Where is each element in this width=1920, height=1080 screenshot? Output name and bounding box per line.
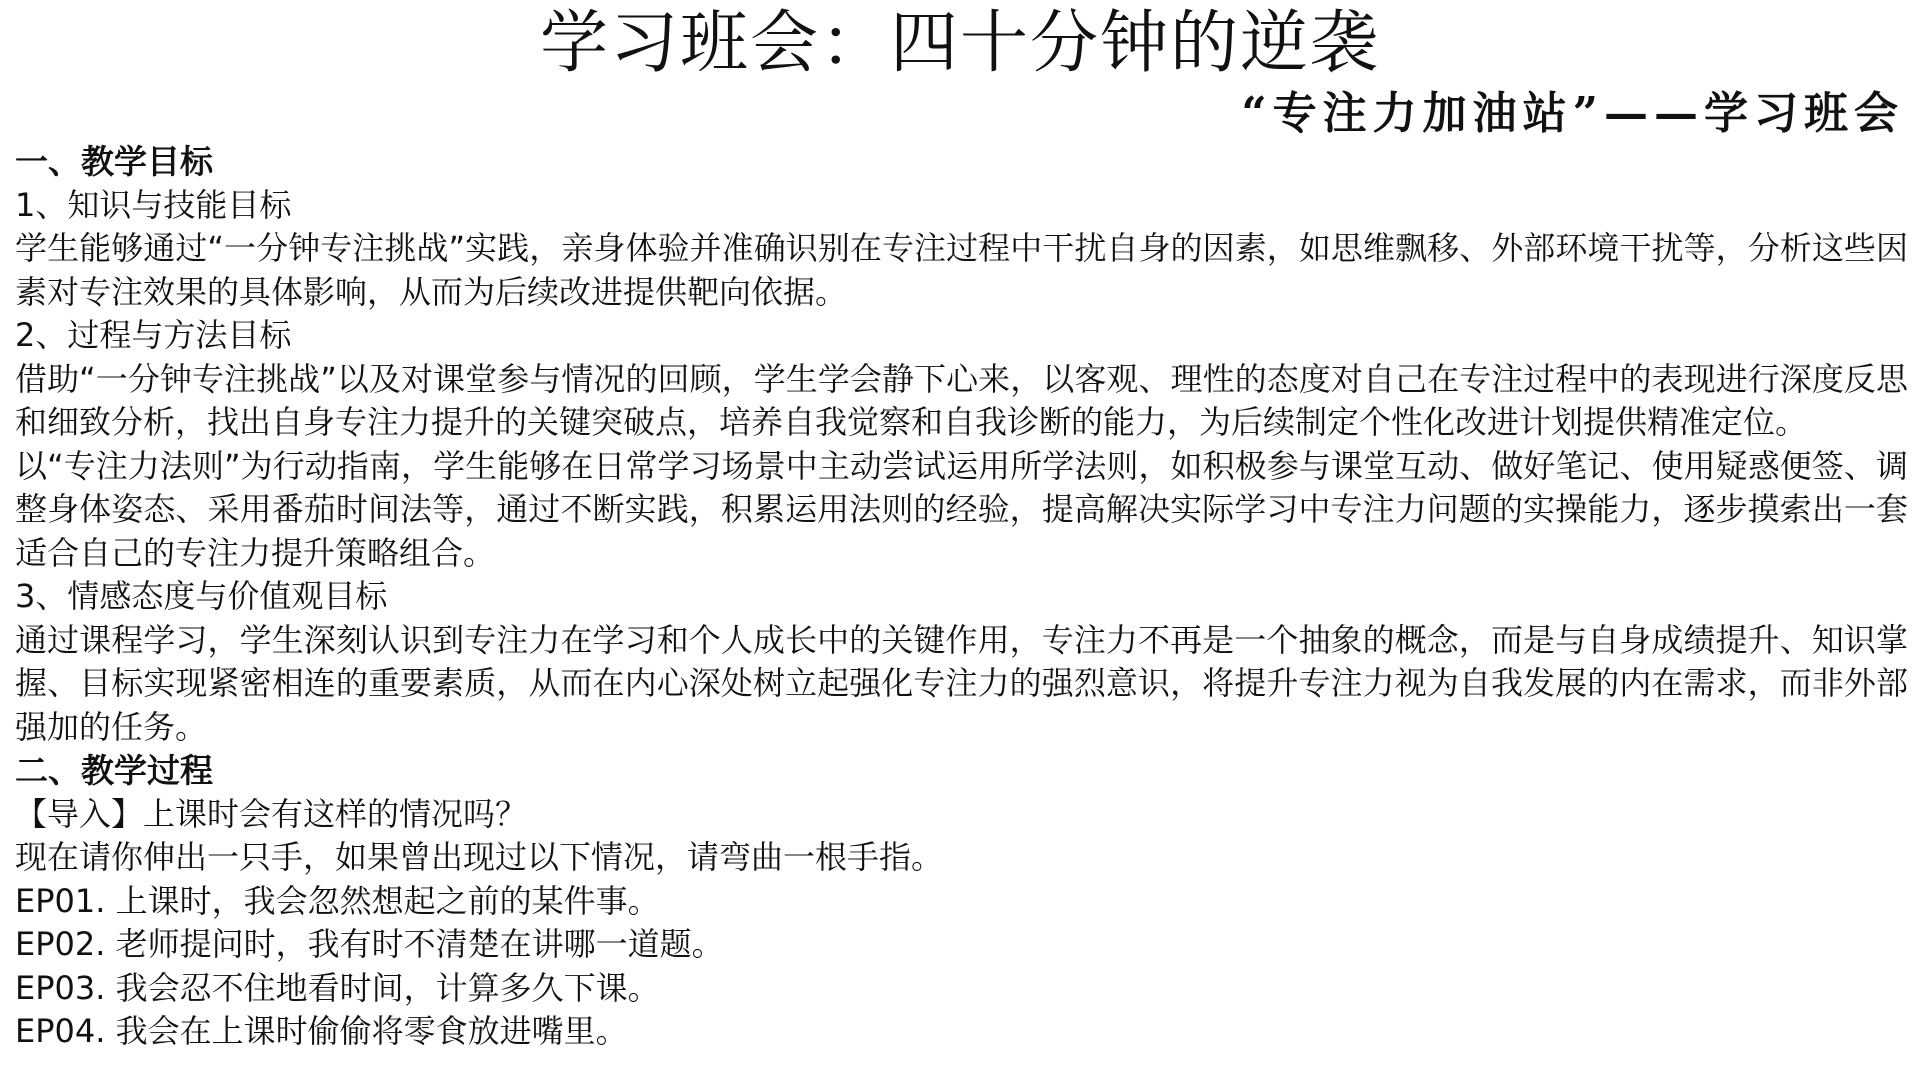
paragraph-emotion-values: 通过课程学习，学生深刻认识到专注力在学习和个人成长中的关键作用，专注力不再是一个… (15, 619, 1908, 750)
subheading-process-methods: 2、过程与方法目标 (15, 314, 1908, 358)
section-heading-process: 二、教学过程 (15, 749, 1908, 793)
paragraph-knowledge-skills: 学生能够通过“一分钟专注挑战”实践，亲身体验并准确识别在专注过程中干扰自身的因素… (15, 227, 1908, 314)
example-item-4: EP04. 我会在上课时偷偷将零食放进嘴里。 (15, 1010, 1908, 1054)
example-item-3: EP03. 我会忍不住地看时间，计算多久下课。 (15, 967, 1908, 1011)
intro-instruction: 现在请你伸出一只手，如果曾出现过以下情况，请弯曲一根手指。 (15, 836, 1908, 880)
document-body: 一、教学目标 1、知识与技能目标 学生能够通过“一分钟专注挑战”实践，亲身体验并… (15, 140, 1908, 1054)
section-heading-objectives: 一、教学目标 (15, 140, 1908, 184)
intro-title: 【导入】上课时会有这样的情况吗？ (15, 793, 1908, 837)
subheading-emotion-values: 3、情感态度与价值观目标 (15, 575, 1908, 619)
example-item-2: EP02. 老师提问时，我有时不清楚在讲哪一道题。 (15, 923, 1908, 967)
example-item-1: EP01. 上课时，我会忽然想起之前的某件事。 (15, 880, 1908, 924)
paragraph-process-methods-2: 以“专注力法则”为行动指南，学生能够在日常学习场景中主动尝试运用所学法则，如积极… (15, 445, 1908, 576)
paragraph-process-methods-1: 借助“一分钟专注挑战”以及对课堂参与情况的回顾，学生学会静下心来，以客观、理性的… (15, 358, 1908, 445)
page-title: 学习班会：四十分钟的逆袭 (0, 4, 1920, 84)
subheading-knowledge-skills: 1、知识与技能目标 (15, 184, 1908, 228)
page-subtitle: “专注力加油站”——学习班会 (1241, 86, 1904, 142)
